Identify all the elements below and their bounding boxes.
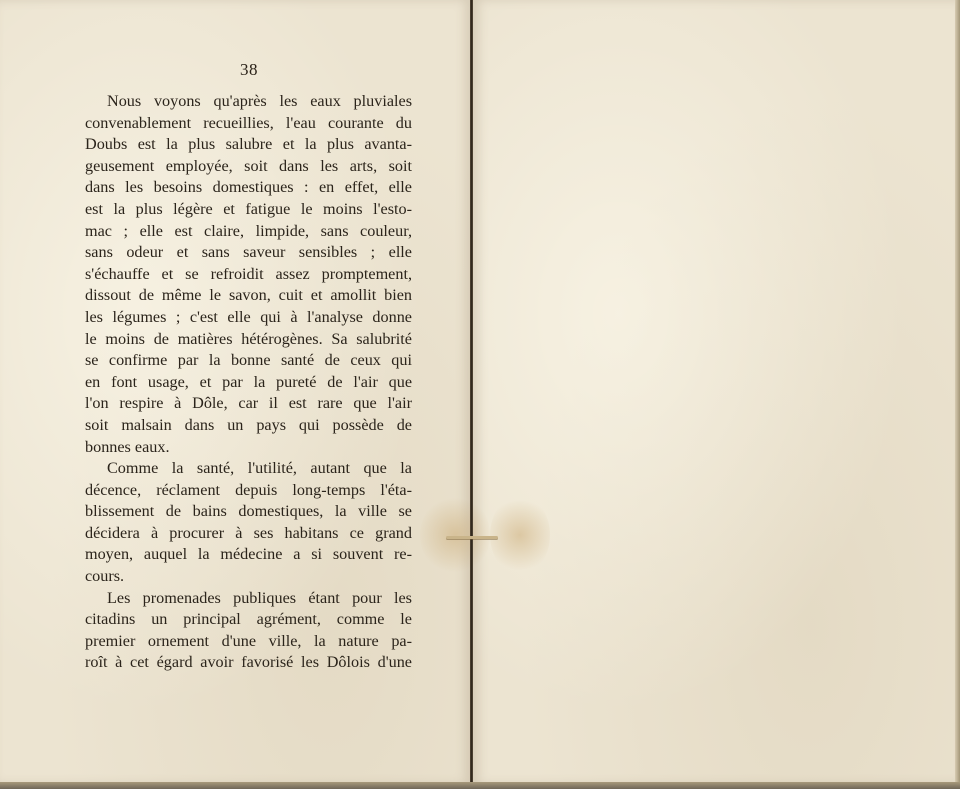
text-line: bonnes eaux.: [85, 437, 412, 459]
page-edge-bottom: [0, 782, 960, 789]
text-line: le moins de matières hétérogènes. Sa sal…: [85, 329, 412, 351]
book-gutter: [470, 0, 473, 789]
text-line: sans odeur et sans saveur sensibles ; el…: [85, 242, 412, 264]
text-line: Comme la santé, l'utilité, autant que la: [85, 458, 412, 480]
text-line: en font usage, et par la pureté de l'air…: [85, 372, 412, 394]
water-stain-left: [420, 495, 490, 575]
text-line: Doubs est la plus salubre et la plus ava…: [85, 134, 412, 156]
page-edge-right: [955, 0, 960, 789]
water-stain-right: [490, 495, 550, 575]
text-line: roît à cet égard avoir favorisé les Dôlo…: [85, 652, 412, 674]
text-line: se confirme par la bonne santé de ceux q…: [85, 350, 412, 372]
left-page-text: Nous voyons qu'après les eaux pluvialesc…: [85, 91, 412, 674]
text-line: dans les besoins domestiques : en effet,…: [85, 177, 412, 199]
text-line: premier ornement d'une ville, la nature …: [85, 631, 412, 653]
text-line: s'échauffe et se refroidit assez prompte…: [85, 264, 412, 286]
text-line: convenablement recueillies, l'eau couran…: [85, 113, 412, 135]
text-line: moyen, auquel la médecine a si souvent r…: [85, 544, 412, 566]
text-line: l'on respire à Dôle, car il est rare que…: [85, 393, 412, 415]
text-line: décence, réclament depuis long-temps l'é…: [85, 480, 412, 502]
text-line: geusement employée, soit dans les arts, …: [85, 156, 412, 178]
text-line: citadins un principal agrément, comme le: [85, 609, 412, 631]
text-line: est la plus légère et fatigue le moins l…: [85, 199, 412, 221]
text-line: soit malsain dans un pays qui possède de: [85, 415, 412, 437]
text-line: les légumes ; c'est elle qui à l'analyse…: [85, 307, 412, 329]
text-line: Nous voyons qu'après les eaux pluviales: [85, 91, 412, 113]
left-page: 38 Nous voyons qu'après les eaux pluvial…: [0, 0, 471, 784]
text-line: mac ; elle est claire, limpide, sans cou…: [85, 221, 412, 243]
text-line: blissement de bains domestiques, la vill…: [85, 501, 412, 523]
page-number-left: 38: [240, 60, 258, 80]
text-line: cours.: [85, 566, 412, 588]
text-line: dissout de même le savon, cuit et amolli…: [85, 285, 412, 307]
text-line: Les promenades publiques étant pour les: [85, 588, 412, 610]
right-page: 39 manière spéciale. Cette commune en a …: [473, 0, 957, 784]
text-line: décidera à procurer à ses habitans ce gr…: [85, 523, 412, 545]
binding-thread: [446, 536, 498, 539]
book-spread: 38 Nous voyons qu'après les eaux pluvial…: [0, 0, 960, 789]
